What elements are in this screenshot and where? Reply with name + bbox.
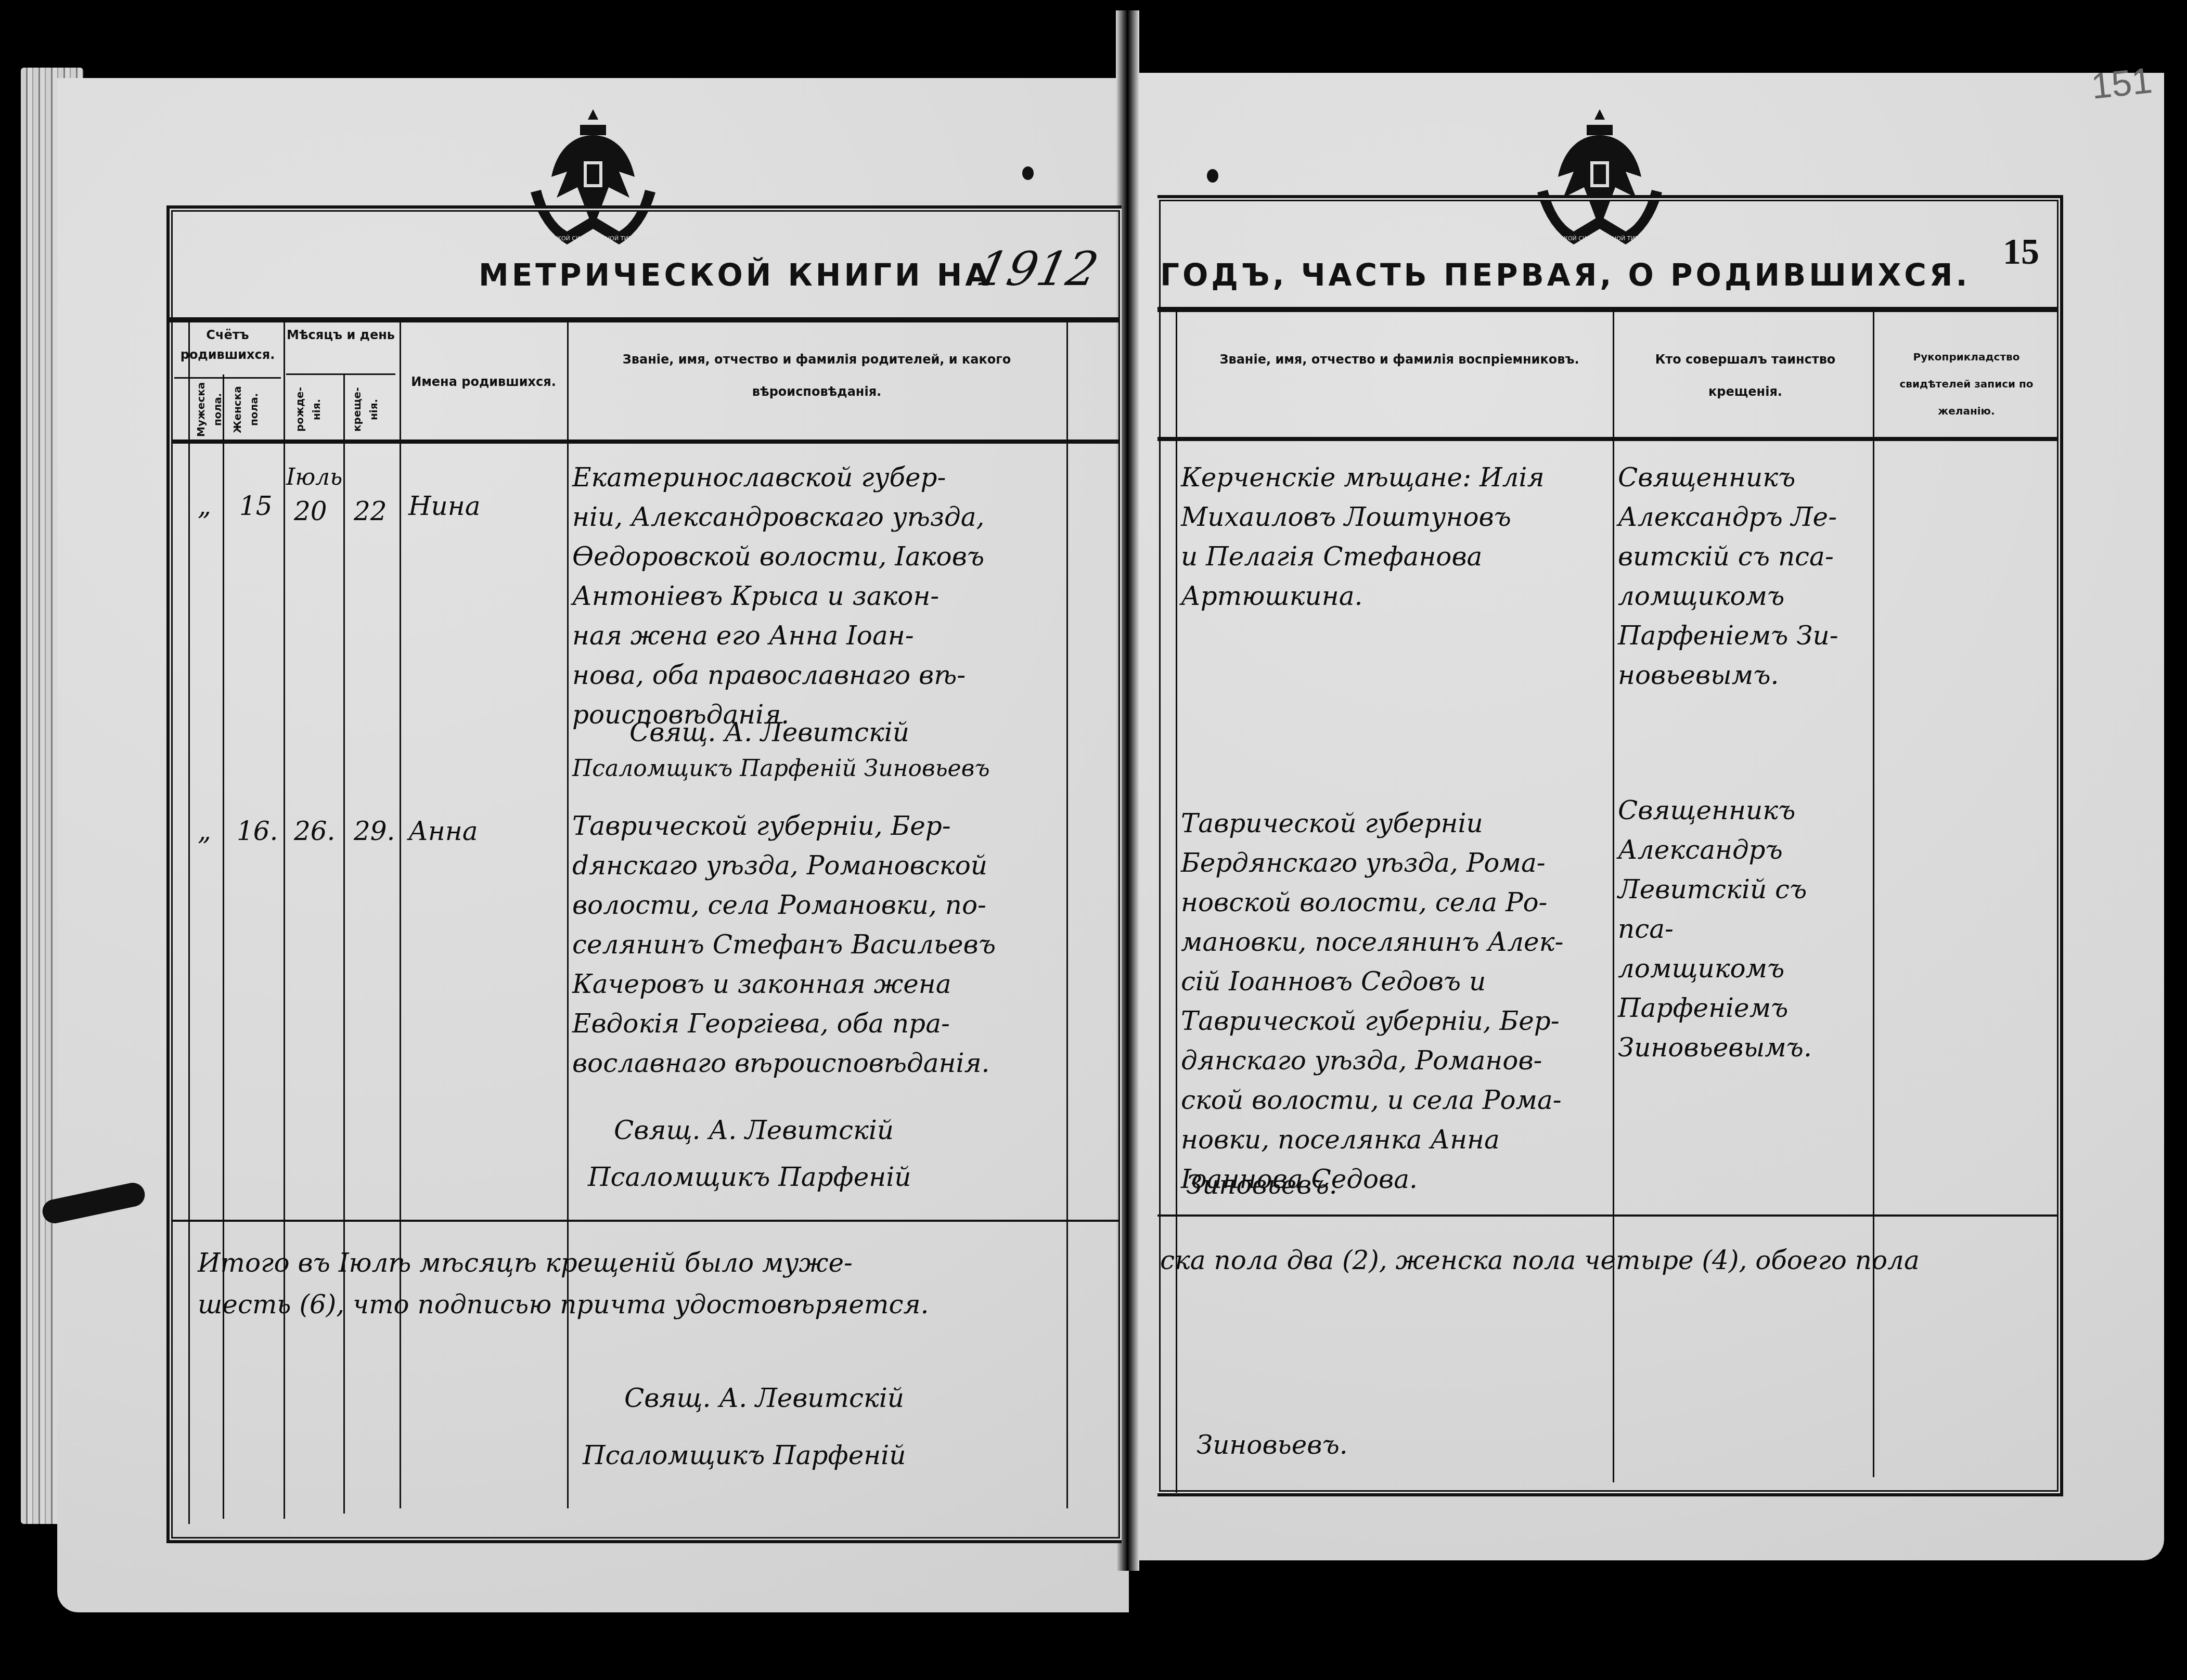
row2-parents-signature-psalmist: Псаломщикъ Парфеній xyxy=(588,1157,911,1197)
summary-left-line-2: шесть (6), что подписью причта удостовѣр… xyxy=(198,1285,1092,1324)
header-names: Имена родившихся. xyxy=(402,372,565,392)
header-parents: Званіе, имя, отчество и фамилія родителе… xyxy=(583,343,1051,408)
subheader-rule-date xyxy=(286,373,395,375)
row1-birth-day: 20 xyxy=(294,492,327,531)
row1-performed-by: Священникъ Александръ Ле- витскій съ пса… xyxy=(1618,458,1868,695)
row2-godparents-signature: Зиновьевъ. xyxy=(1186,1165,1337,1205)
header-date-baptism: креще-нія. xyxy=(349,382,395,437)
header-count-female: Женска пола. xyxy=(229,382,278,437)
row2-performed-by: Священникъ Александръ Левитскій съ пса- … xyxy=(1618,791,1868,1067)
header-date-birth: рожде-нія. xyxy=(291,382,338,437)
row1-female: 15 xyxy=(239,486,273,526)
row2-baptism-day: 29. xyxy=(354,811,395,851)
header-bottom-rule-right xyxy=(1157,437,2057,441)
row1-parents-signature-psalmist: Псаломщикъ Парфеній Зиновьевъ xyxy=(572,749,990,789)
summary-signature-priest: Свящ. А. Левитскій xyxy=(624,1378,904,1418)
header-bottom-rule-left xyxy=(172,440,1118,444)
right-page-title: ГОДЪ, ЧАСТЬ ПЕРВАЯ, О РОДИВШИХСЯ. xyxy=(1160,257,1970,293)
summary-signature-psalmist: Псаломщикъ Парфеній xyxy=(583,1436,906,1475)
col-line xyxy=(343,374,345,1514)
col-line xyxy=(188,322,190,1524)
summary-rule-left xyxy=(172,1220,1118,1222)
row2-godparents: Таврической губерніи Бердянскаго уѣзда, … xyxy=(1181,804,1607,1199)
header-top-rule-right xyxy=(1157,307,2057,312)
summary-right-line-1: ска пола два (2), женска пола четыре (4)… xyxy=(1160,1240,2044,1280)
binding-hole xyxy=(1022,166,1034,180)
subheader-rule-count xyxy=(174,377,281,379)
header-performed-by: Кто совершалъ таинство крещенія. xyxy=(1623,343,1868,408)
page-number: 15 xyxy=(2003,231,2039,273)
col-line xyxy=(1873,312,1874,1477)
row2-female: 16. xyxy=(237,811,278,851)
row1-male: „ xyxy=(198,486,211,526)
row1-parents-signature-priest: Свящ. А. Левитскій xyxy=(629,713,909,752)
header-date-group: Мѣсяцъ и день xyxy=(286,325,395,345)
binding-hole xyxy=(1207,169,1218,183)
header-count-group: Счётъ родившихся. xyxy=(174,325,281,365)
header-count-male: Мужеска пола. xyxy=(192,382,218,437)
col-line xyxy=(400,322,401,1508)
summary-rule-right xyxy=(1157,1214,2057,1217)
year-handwritten: 1912 xyxy=(972,242,1103,296)
col-line xyxy=(1066,317,1068,1508)
row2-birth-day: 26. xyxy=(294,811,336,851)
row2-parents-signature-priest: Свящ. А. Левитскій xyxy=(614,1110,894,1150)
left-page-title: МЕТРИЧЕСКОЙ КНИГИ НА xyxy=(479,257,992,293)
header-godparents: Званіе, имя, отчество и фамилія воспріем… xyxy=(1197,343,1602,376)
row1-name: Нина xyxy=(408,486,481,526)
col-line xyxy=(1613,312,1614,1482)
summary-left-line-1: Итого въ Іюлѣ мѣсяцѣ крещеній было муже- xyxy=(198,1243,1092,1283)
row1-godparents: Керченскіе мѣщане: Илія Михаиловъ Лоштун… xyxy=(1181,458,1607,616)
col-line xyxy=(284,322,285,1519)
header-signatures: Рукоприкладство свидѣтелей записи по жел… xyxy=(1878,343,2055,424)
header-top-rule-left xyxy=(166,317,1118,322)
row1-parents: Екатеринославской губер- ніи, Александро… xyxy=(572,458,1061,734)
row2-parents: Таврической губерніи, Бер- dянскаго уѣзд… xyxy=(572,806,1061,1083)
summary-signature-surname: Зиновьевъ. xyxy=(1197,1425,1348,1465)
row1-baptism-day: 22 xyxy=(354,492,387,531)
col-line xyxy=(1176,312,1177,1493)
row2-name: Анна xyxy=(408,811,478,851)
row2-male: „ xyxy=(198,811,211,851)
col-line xyxy=(567,322,569,1508)
col-line xyxy=(223,374,224,1519)
archive-pencil-number: 151 xyxy=(2089,59,2154,107)
